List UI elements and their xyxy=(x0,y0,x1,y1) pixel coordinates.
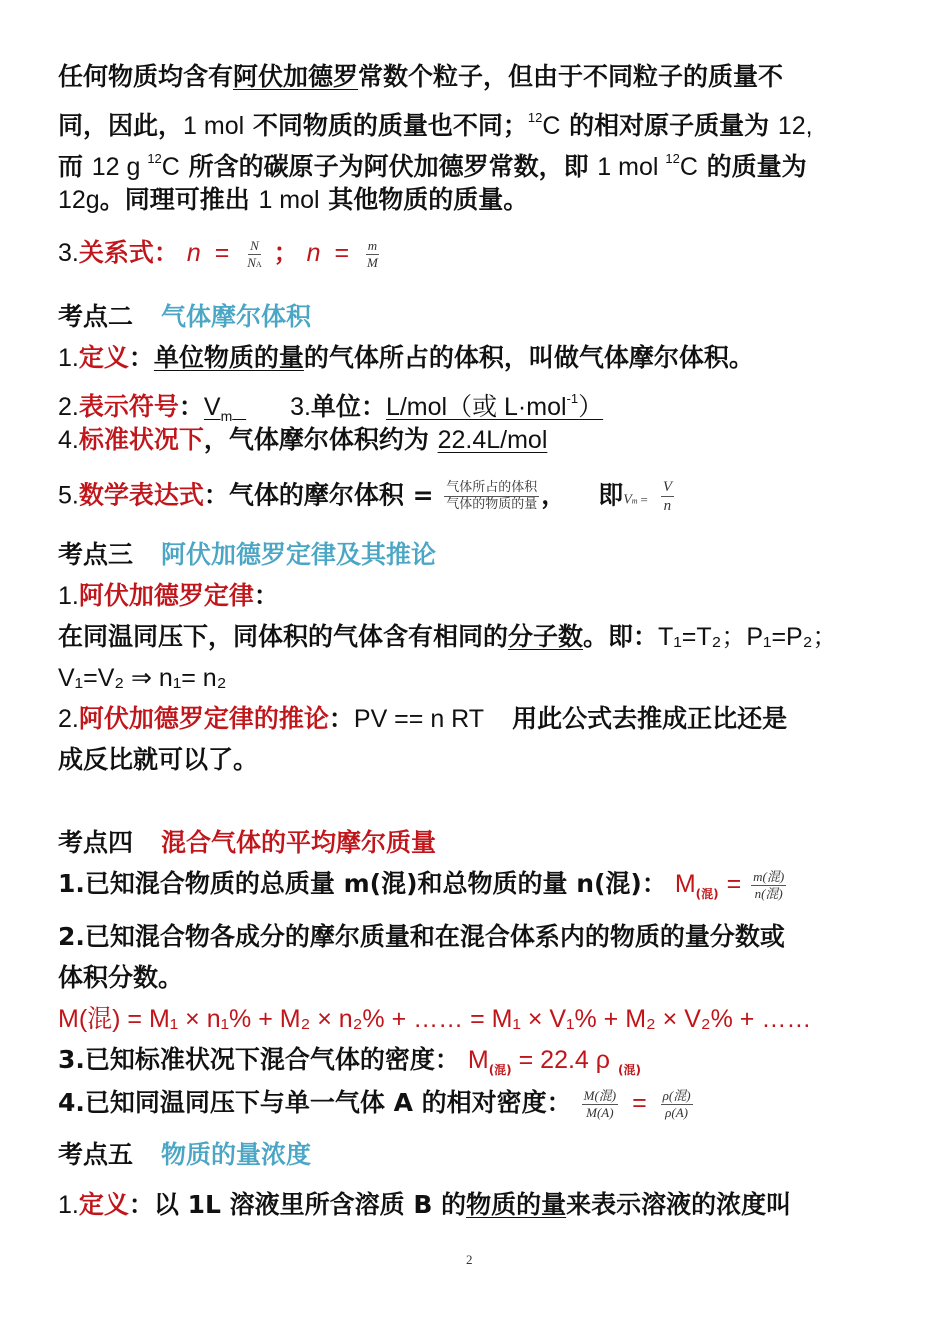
fraction-m-over-M: m M xyxy=(365,238,380,270)
section-3-item-2: 2.阿伏加德罗定律的推论：PV == n RT用此公式去推成正比还是 xyxy=(58,702,787,736)
vm-symbol: Vm xyxy=(204,393,246,421)
section-2-item-4: 4.标准状况下，气体摩尔体积约为 22.4L/mol xyxy=(58,423,547,457)
section-4-heading: 考点四混合气体的平均摩尔质量 xyxy=(58,826,436,860)
intro-line-3: 而 12 g 12C 所含的碳原子为阿伏加德罗常数，即 1 mol 12C 的质… xyxy=(58,142,807,184)
fraction-m-mix-over-n-mix: m(混) n(混) xyxy=(751,869,786,901)
section-5-item-1: 1.定义：以 1L 溶液里所含溶质 B 的物质的量来表示溶液的浓度叫 xyxy=(58,1188,791,1222)
fraction-molar-volume-words: 气体所占的体积 气体的物质的量 xyxy=(444,480,539,512)
section-4-item-1: 1.已知混合物质的总质量 m(混)和总物质的量 n(混)： M(混) = m(混… xyxy=(58,867,788,911)
avogadro-law-statement: 在同温同压下，同体积的气体含有相同的分子数。即：T₁=T₂；P₁=P₂； xyxy=(58,620,837,654)
section-3-heading: 考点三阿伏加德罗定律及其推论 xyxy=(58,538,436,572)
fraction-n-over-na: N NA xyxy=(245,238,263,270)
unit-value: L/mol（或 L·mol-1） xyxy=(386,393,603,421)
section-2-item-1: 1.定义：单位物质的量的气体所占的体积，叫做气体摩尔体积。 xyxy=(58,341,754,375)
document-page: 任何物质均含有阿伏加德罗常数个粒子，但由于不同粒子的质量不 同，因此，1 mol… xyxy=(0,0,942,1333)
mixture-molar-mass-formula: M(混) = M₁ × n₁% + M₂ × n₂% + …… = M₁ × V… xyxy=(58,1002,811,1036)
fraction-rho-mix-over-rho-A: ρ(混) ρ(A) xyxy=(661,1088,693,1120)
section-4-item-2: 2.已知混合物各成分的摩尔质量和在混合体系内的物质的量分数或 xyxy=(58,920,785,954)
avogadro-law-conditions: V₁=V₂ ⇒ n₁= n₂ xyxy=(58,661,226,695)
page-number: 2 xyxy=(466,1252,473,1268)
section-2-item-5: 5.数学表达式：气体的摩尔体积 = 气体所占的体积 气体的物质的量 ， 即Vm=… xyxy=(58,478,676,519)
fraction-v-over-n: V n xyxy=(661,478,674,515)
section-5-heading: 考点五物质的量浓度 xyxy=(58,1138,311,1172)
section-4-item-2-cont: 体积分数。 xyxy=(58,961,183,995)
intro-line-1: 任何物质均含有阿伏加德罗常数个粒子，但由于不同粒子的质量不 xyxy=(58,60,783,94)
section-4-item-3: 3.已知标准状况下混合气体的密度： M(混) = 22.4 ρ (混) xyxy=(58,1043,641,1087)
section-3-item-2-cont: 成反比就可以了。 xyxy=(58,743,258,777)
fraction-M-mix-over-M-A: M(混) M(A) xyxy=(582,1088,619,1120)
section-4-item-4: 4.已知同温同压下与单一气体 A 的相对密度： M(混) M(A) = ρ(混)… xyxy=(58,1086,695,1120)
intro-line-4: 12g。同理可推出 1 mol 其他物质的质量。 xyxy=(58,183,528,217)
avogadro-underlined: 阿伏加德罗 xyxy=(233,62,358,91)
intro-line-2: 同，因此，1 mol 不同物质的质量也不同；12C 的相对原子质量为 12, xyxy=(58,101,813,143)
relation-line: 3.关系式： n = N NA ； n = m M xyxy=(58,236,382,270)
section-2-heading: 考点二气体摩尔体积 xyxy=(58,300,311,334)
section-3-item-1: 1.阿伏加德罗定律： xyxy=(58,579,279,613)
